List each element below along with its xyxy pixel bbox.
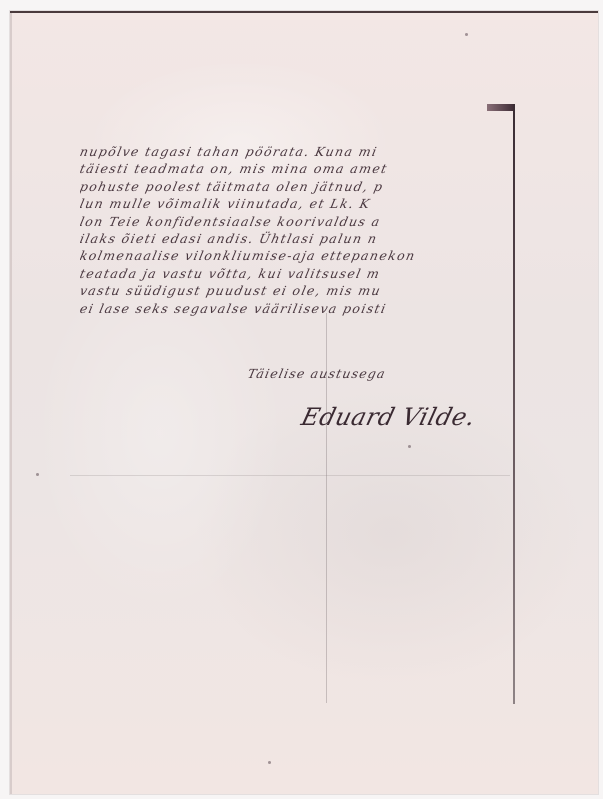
fold-crease-horizontal bbox=[70, 475, 510, 476]
paper-speck bbox=[36, 473, 39, 476]
letter-line: pohuste poolest täitmata olen jätnud, p bbox=[80, 178, 504, 195]
letter-line: nupõlve tagasi tahan pöörata. Kuna mi bbox=[80, 143, 504, 160]
paper-speck bbox=[465, 33, 468, 36]
letter-closing: Täielise austusega bbox=[246, 366, 387, 381]
letter-line: täiesti teadmata on, mis mina oma amet bbox=[80, 160, 504, 177]
paper-speck bbox=[408, 445, 411, 448]
paper-edge bbox=[10, 13, 12, 794]
letter-body: nupõlve tagasi tahan pöörata. Kuna mi tä… bbox=[80, 143, 504, 317]
letter-line: kolmenaalise vilonkliumise-aja ettepanek… bbox=[80, 247, 504, 264]
signature: Eduard Vilde. bbox=[299, 403, 479, 431]
paper-speck bbox=[268, 761, 271, 764]
letter-line: teatada ja vastu võtta, kui valitsusel m bbox=[80, 265, 504, 282]
letter-line: lon Teie konfidentsiaalse koorivaldus a bbox=[80, 213, 504, 230]
letter-paper: nupõlve tagasi tahan pöörata. Kuna mi tä… bbox=[10, 11, 598, 794]
photo-border-right bbox=[513, 104, 515, 704]
letter-line: lun mulle võimalik viinutada, et Lk. K bbox=[80, 195, 504, 212]
photo-border-top bbox=[487, 104, 515, 111]
letter-line: ei lase seks segavalse vääriliseva poist… bbox=[80, 300, 504, 317]
letter-line: vastu süüdigust puudust ei ole, mis mu bbox=[80, 282, 504, 299]
letter-line: ilaks õieti edasi andis. Ühtlasi palun n bbox=[80, 230, 504, 247]
